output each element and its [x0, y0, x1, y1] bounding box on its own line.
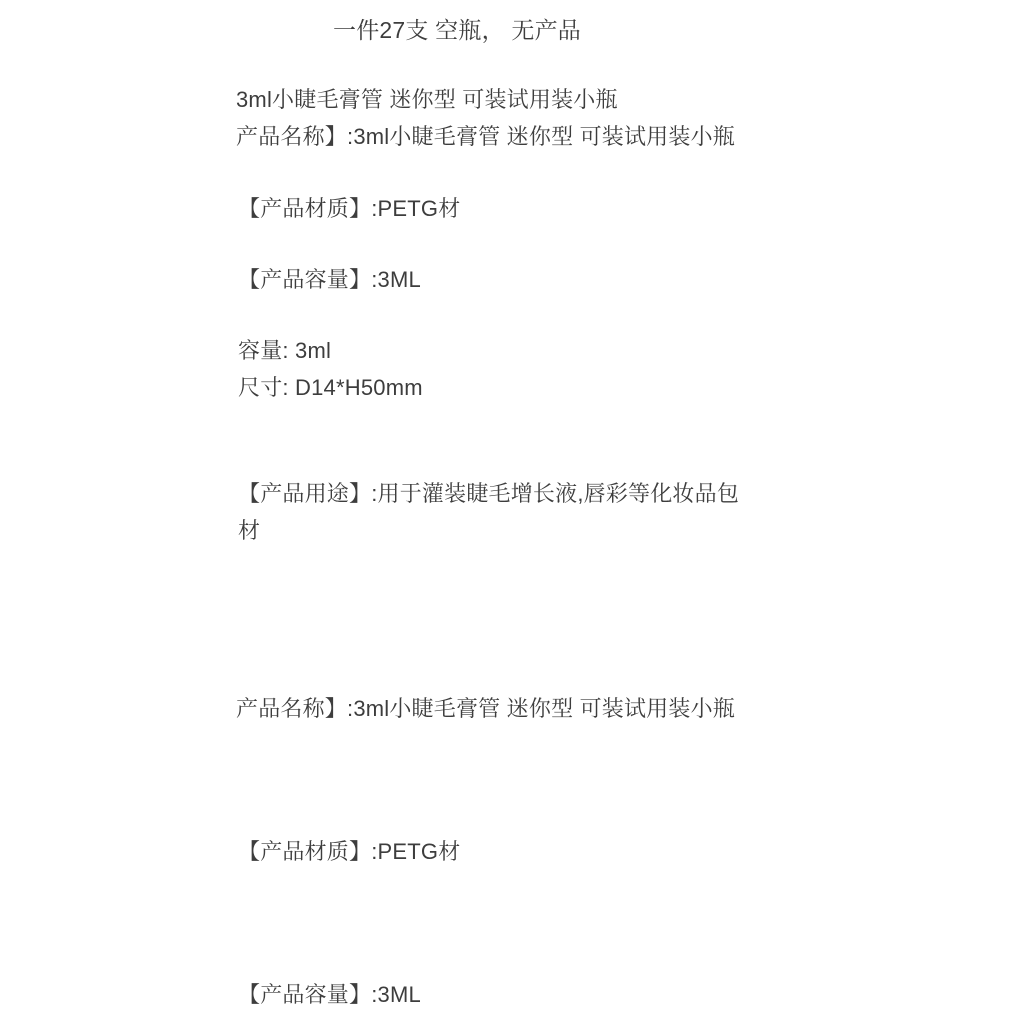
size-spec: 尺寸: D14*H50mm — [238, 369, 423, 406]
pack-quantity-note: 一件27支 空瓶， 无产品 — [333, 12, 581, 49]
product-description-page: 一件27支 空瓶， 无产品 3ml小睫毛膏管 迷你型 可装试用装小瓶 产品名称】… — [0, 0, 1024, 1024]
product-specs-block: 容量: 3ml 尺寸: D14*H50mm — [238, 332, 423, 406]
product-capacity-line-repeat: 【产品容量】:3ML — [238, 976, 421, 1013]
product-material-line: 【产品材质】:PETG材 — [238, 190, 460, 227]
product-name-line-repeat: 产品名称】:3ml小睫毛膏管 迷你型 可装试用装小瓶 — [236, 690, 735, 727]
volume-spec: 容量: 3ml — [238, 332, 423, 369]
product-title-block: 3ml小睫毛膏管 迷你型 可装试用装小瓶 产品名称】:3ml小睫毛膏管 迷你型 … — [236, 81, 735, 155]
product-usage-line: 【产品用途】:用于灌装睫毛增长液,唇彩等化妆品包材 — [238, 475, 752, 549]
product-capacity-line: 【产品容量】:3ML — [238, 261, 421, 298]
product-name-line: 产品名称】:3ml小睫毛膏管 迷你型 可装试用装小瓶 — [236, 118, 735, 155]
product-material-line-repeat: 【产品材质】:PETG材 — [238, 833, 460, 870]
product-title: 3ml小睫毛膏管 迷你型 可装试用装小瓶 — [236, 81, 735, 118]
